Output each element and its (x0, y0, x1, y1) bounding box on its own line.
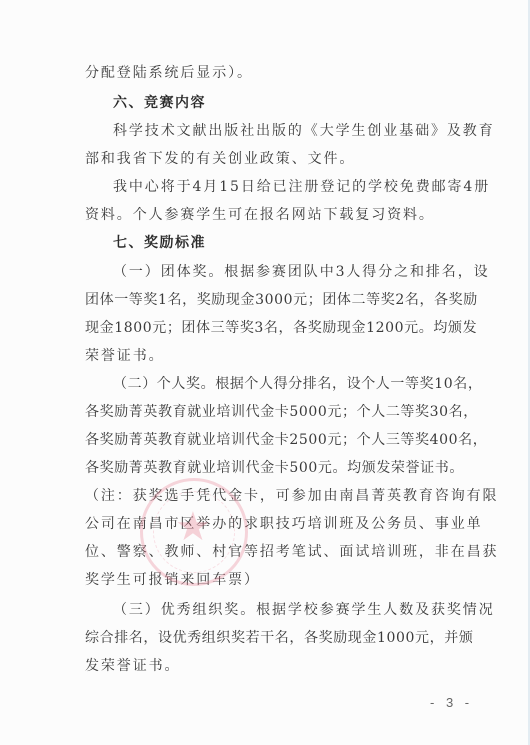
page-number: - 3 - (430, 695, 473, 710)
section-7-heading: 七、奖励标准 (113, 234, 483, 252)
organization-award-text: 发荣誉证书。 (85, 657, 455, 675)
individual-award-text: （二）个人奖。根据个人得分排名，设个人一等奖10名， (113, 375, 455, 393)
document-page: 分配登陆系统后显示）。 六、竞赛内容 科学技术文献出版社出版的《大学生创业基础》… (0, 0, 530, 745)
individual-award-text: 各奖励菁英教育就业培训代金卡5000元；个人二等奖30名， (85, 403, 455, 421)
team-award-text: 现金1800元；团体三等奖3名，各奖励现金1200元。均颁发 (85, 319, 455, 337)
team-award-text: 团体一等奖1名，奖励现金3000元；团体二等奖2名，各奖励 (85, 291, 455, 309)
section-6-paragraph-1: 科学技术文献出版社出版的《大学生创业基础》及教育 (113, 122, 455, 140)
section-6-paragraph-2: 资料。个人参赛学生可在报名网站下载复习资料。 (85, 206, 455, 224)
section-6-paragraph-1: 部和我省下发的有关创业政策、文件。 (85, 150, 455, 168)
section-6-heading: 六、竞赛内容 (113, 94, 483, 112)
organization-award-text: （三）优秀组织奖。根据学校参赛学生人数及获奖情况 (113, 601, 455, 619)
individual-award-text: 各奖励菁英教育就业培训代金卡2500元；个人三等奖400名， (85, 431, 455, 449)
individual-award-note: （注：获奖选手凭代金卡，可参加由南昌菁英教育咨询有限 (85, 487, 455, 505)
individual-award-note: 位、警察、教师、村官等招考笔试、面试培训班，非在昌获 (85, 543, 455, 561)
team-award-text: （一）团体奖。根据参赛团队中3人得分之和排名，设 (113, 263, 455, 281)
individual-award-note: 公司在南昌市区举办的求职技巧培训班及公务员、事业单 (85, 515, 455, 533)
organization-award-text: 综合排名，设优秀组织奖若干名，各奖励现金1000元，并颁 (85, 629, 455, 647)
individual-award-note: 奖学生可报销来回车票） (85, 571, 455, 589)
continuation-text: 分配登陆系统后显示）。 (85, 64, 455, 82)
section-6-paragraph-2: 我中心将于4月15日给已注册登记的学校免费邮寄4册 (113, 178, 455, 196)
team-award-text: 荣誉证书。 (85, 347, 455, 365)
individual-award-text: 各奖励菁英教育就业培训代金卡500元。均颁发荣誉证书。 (85, 459, 455, 477)
